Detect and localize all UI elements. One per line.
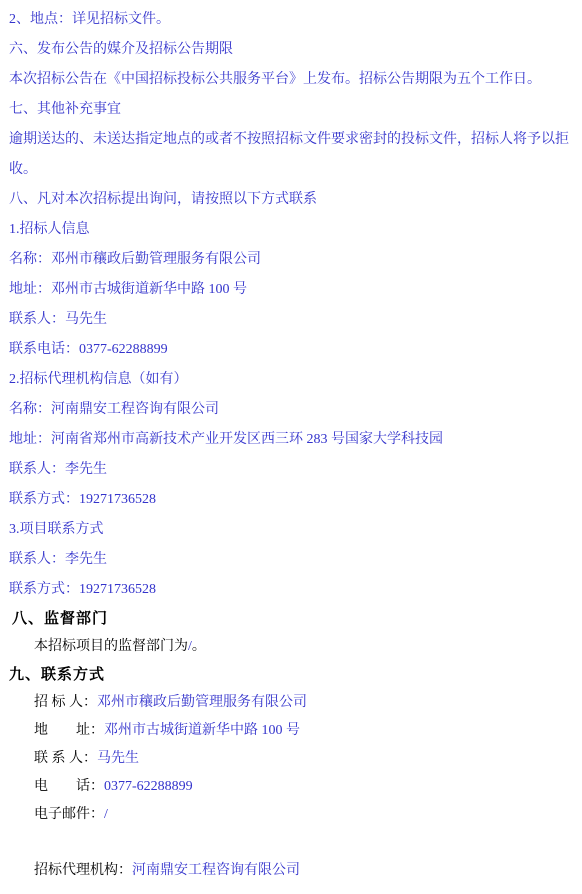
- supervision-dept-suffix: 。: [192, 639, 206, 654]
- section-7-body-line-1: 逾期送达的、未送达指定地点的或者不按照招标文件要求密封的投标文件，招标人将予以拒: [9, 125, 574, 155]
- contact-value: 邓州市古城街道新华中路 100 号: [104, 723, 300, 738]
- project-phone-line: 联系方式：19271736528: [9, 575, 574, 605]
- section-7-body-line-2: 收。: [9, 155, 574, 185]
- inquiry-contact-heading: 八、凡对本次招标提出询问，请按照以下方式联系: [9, 185, 574, 215]
- agency-phone-line: 联系方式：19271736528: [9, 485, 574, 515]
- agency-contact-line: 联系人：李先生: [9, 455, 574, 485]
- contact-label: 招标代理机构：: [34, 863, 132, 878]
- contact-row-phone: 电 话：0377-62288899: [9, 773, 574, 801]
- contact-row-person: 联 系 人：马先生: [9, 745, 574, 773]
- announcement-blue-section: 2、地点：详见招标文件。 六、发布公告的媒介及招标公告期限 本次招标公告在《中国…: [9, 5, 574, 605]
- contact-value: 0377-62288899: [104, 779, 193, 794]
- section-8-heading: 八、监督部门: [9, 605, 574, 633]
- contact-value: 邓州市穰政后勤管理服务有限公司: [97, 695, 307, 710]
- tender-announcement-document: 2、地点：详见招标文件。 六、发布公告的媒介及招标公告期限 本次招标公告在《中国…: [0, 0, 582, 894]
- contact-label: 地 址：: [34, 723, 104, 738]
- section-6-body: 本次招标公告在《中国招标投标公共服务平台》上发布。招标公告期限为五个工作日。: [9, 65, 574, 95]
- bidder-contact-line: 联系人：马先生: [9, 305, 574, 335]
- supervision-dept-prefix: 本招标项目的监督部门为: [34, 639, 188, 654]
- bidder-info-subheading: 1.招标人信息: [9, 215, 574, 245]
- section-6-heading: 六、发布公告的媒介及招标公告期限: [9, 35, 574, 65]
- agency-address-line: 地址：河南省郑州市高新技术产业开发区西三环 283 号国家大学科技园: [9, 425, 574, 455]
- contact-value: /: [104, 807, 108, 822]
- blank-line: [9, 829, 574, 857]
- contact-label: 招 标 人：: [34, 695, 97, 710]
- section-7-heading: 七、其他补充事宜: [9, 95, 574, 125]
- bidder-address-line: 地址：邓州市古城街道新华中路 100 号: [9, 275, 574, 305]
- contact-label: 电子邮件：: [34, 807, 104, 822]
- agency-name-line: 名称：河南鼎安工程咨询有限公司: [9, 395, 574, 425]
- supervision-dept-line: 本招标项目的监督部门为/。: [9, 633, 574, 661]
- project-contact-subheading: 3.项目联系方式: [9, 515, 574, 545]
- bidder-phone-line: 联系电话：0377-62288899: [9, 335, 574, 365]
- contact-label: 电 话：: [34, 779, 104, 794]
- contact-value: 河南鼎安工程咨询有限公司: [132, 863, 300, 878]
- contact-value: 马先生: [97, 751, 139, 766]
- contact-label: 联 系 人：: [34, 751, 97, 766]
- bidder-name-line: 名称：邓州市穰政后勤管理服务有限公司: [9, 245, 574, 275]
- contact-row-bidder: 招 标 人：邓州市穰政后勤管理服务有限公司: [9, 689, 574, 717]
- agency-info-subheading: 2.招标代理机构信息（如有）: [9, 365, 574, 395]
- project-contact-line: 联系人：李先生: [9, 545, 574, 575]
- contact-row-agency: 招标代理机构：河南鼎安工程咨询有限公司: [9, 857, 574, 885]
- location-detail-line: 2、地点：详见招标文件。: [9, 5, 574, 35]
- contact-row-email: 电子邮件：/: [9, 801, 574, 829]
- section-9-heading: 九、联系方式: [9, 661, 574, 689]
- contact-row-address: 地 址：邓州市古城街道新华中路 100 号: [9, 717, 574, 745]
- announcement-black-section: 八、监督部门 本招标项目的监督部门为/。 九、联系方式 招 标 人：邓州市穰政后…: [9, 605, 574, 885]
